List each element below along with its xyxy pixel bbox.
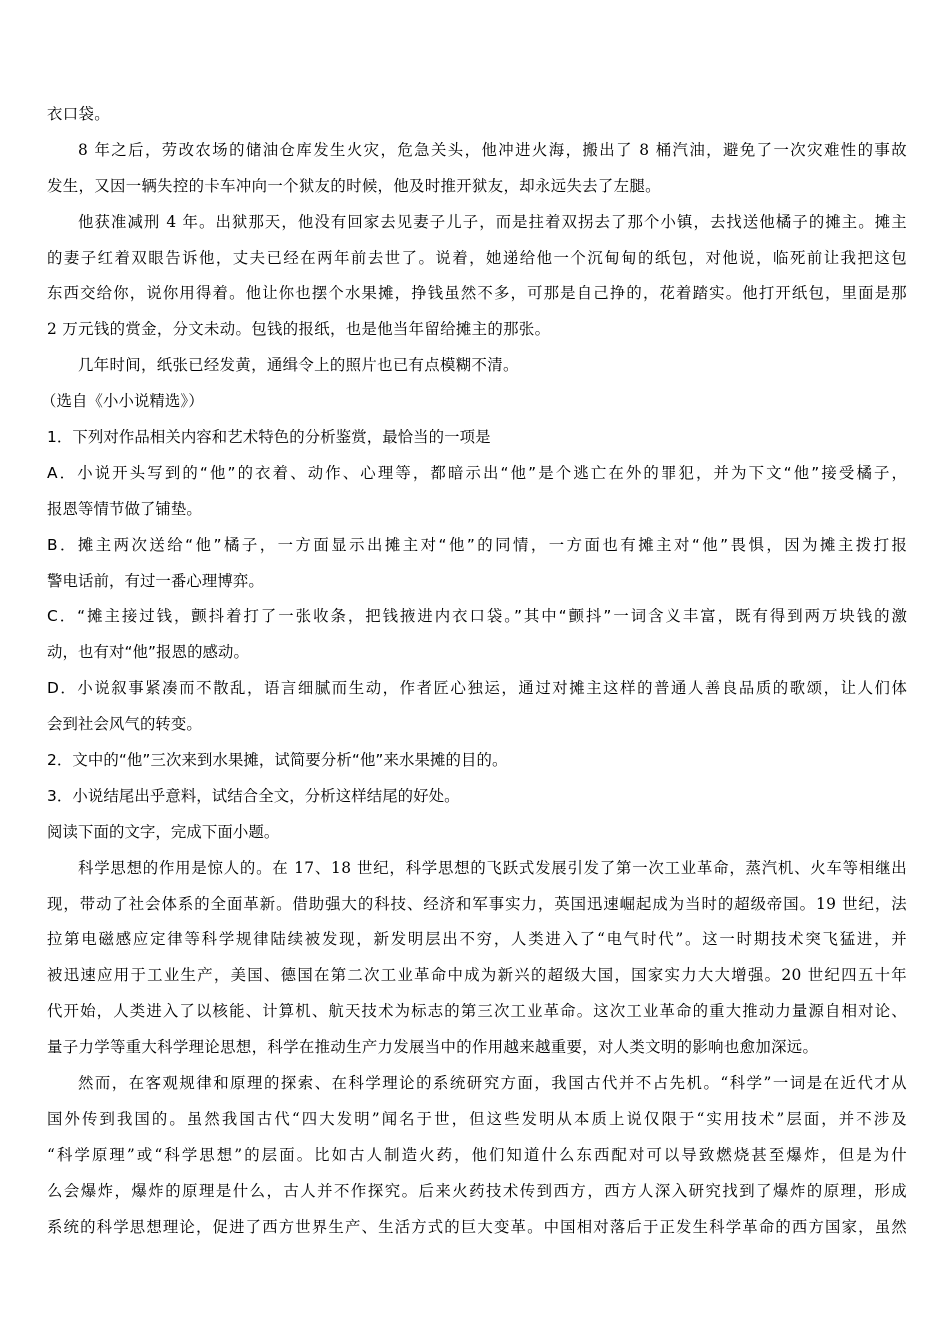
option-b: B．摊主两次送给“他”橘子，一方面显示出摊主对“他”的同情，一方面也有摊主对“他…	[47, 528, 907, 600]
essay-paragraph-2: 然而，在客观规律和原理的探索、在科学理论的系统研究方面，我国古代并不占先机。“科…	[47, 1066, 907, 1245]
text-line: 几年时间，纸张已经发黄，通缉令上的照片也已有点模糊不清。	[47, 348, 907, 384]
text-line: 2 万元钱的赏金，分文未动。包钱的报纸，也是他当年留给摊主的那张。	[47, 312, 907, 348]
text-line: 代开始，人类进入了以核能、计算机、航天技术为标志的第三次工业革命。这次工业革命的…	[47, 994, 907, 1030]
story-paragraph-release: 他获准减刑 4 年。出狱那天，他没有回家去见妻子儿子，而是拄着双拐去了那个小镇，…	[47, 205, 907, 349]
text-line: 科学思想的作用是惊人的。在 17、18 世纪，科学思想的飞跃式发展引发了第一次工…	[47, 851, 907, 887]
text-line: 衣口袋。	[47, 97, 907, 133]
text-line: 东西交给你，说你用得着。他让你也摆个水果摊，挣钱虽然不多，可那是自己挣的，花着踏…	[47, 276, 907, 312]
document-page: 衣口袋。 8 年之后，劳改农场的储油仓库发生火灾，危急关头，他冲进火海，搬出了 …	[47, 97, 907, 1246]
text-line: 系统的科学思想理论，促进了西方世界生产、生活方式的巨大变革。中国相对落后于正发生…	[47, 1210, 907, 1246]
option-line: D．小说叙事紧凑而不散乱，语言细腻而生动，作者匠心独运，通过对摊主这样的普通人善…	[47, 671, 907, 707]
text-line: “科学原理”或“科学思想”的层面。比如古人制造火药，他们知道什么东西配对可以导致…	[47, 1138, 907, 1174]
option-line: B．摊主两次送给“他”橘子，一方面显示出摊主对“他”的同情，一方面也有摊主对“他…	[47, 528, 907, 564]
text-line: 量子力学等重大科学理论思想，科学在推动生产力发展当中的作用越来越重要，对人类文明…	[47, 1030, 907, 1066]
option-line: C．“摊主接过钱，颤抖着打了一张收条，把钱掖进内衣口袋。”其中“颤抖”一词含义丰…	[47, 599, 907, 635]
text-line: 然而，在客观规律和原理的探索、在科学理论的系统研究方面，我国古代并不占先机。“科…	[47, 1066, 907, 1102]
option-line: 报恩等情节做了铺垫。	[47, 492, 907, 528]
option-c: C．“摊主接过钱，颤抖着打了一张收条，把钱掖进内衣口袋。”其中“颤抖”一词含义丰…	[47, 599, 907, 671]
text-line: 的妻子红着双眼告诉他，丈夫已经在两年前去世了。说着，她递给他一个沉甸甸的纸包，对…	[47, 241, 907, 277]
option-line: 会到社会风气的转变。	[47, 707, 907, 743]
story-paragraph-fire: 8 年之后，劳改农场的储油仓库发生火灾，危急关头，他冲进火海，搬出了 8 桶汽油…	[47, 133, 907, 205]
text-line: 拉第电磁感应定律等科学规律陆续被发现，新发明层出不穷，人类进入了“电气时代”。这…	[47, 922, 907, 958]
story-paragraph-continuation: 衣口袋。	[47, 97, 907, 133]
option-line: A．小说开头写到的“他”的衣着、动作、心理等，都暗示出“他”是个逃亡在外的罪犯，…	[47, 456, 907, 492]
text-line: 国外传到我国的。虽然我国古代“四大发明”闻名于世，但这些发明从本质上说仅限于“实…	[47, 1102, 907, 1138]
text-line: 现，带动了社会体系的全面革新。借助强大的科技、经济和军事实力，英国迅速崛起成为当…	[47, 887, 907, 923]
reading-instruction: 阅读下面的文字，完成下面小题。	[47, 815, 907, 851]
essay-paragraph-1: 科学思想的作用是惊人的。在 17、18 世纪，科学思想的飞跃式发展引发了第一次工…	[47, 851, 907, 1066]
question-stem: 1．下列对作品相关内容和艺术特色的分析鉴赏，最恰当的一项是	[47, 420, 907, 456]
question-2: 2．文中的“他”三次来到水果摊，试简要分析“他”来水果摊的目的。	[47, 743, 907, 779]
option-line: 警电话前，有过一番心理博弈。	[47, 564, 907, 600]
question-1: 1．下列对作品相关内容和艺术特色的分析鉴赏，最恰当的一项是 A．小说开头写到的“…	[47, 420, 907, 743]
option-line: 动，也有对“他”报恩的感动。	[47, 635, 907, 671]
option-d: D．小说叙事紧凑而不散乱，语言细腻而生动，作者匠心独运，通过对摊主这样的普通人善…	[47, 671, 907, 743]
source-citation: （选自《小小说精选》）	[41, 384, 907, 420]
text-line: 8 年之后，劳改农场的储油仓库发生火灾，危急关头，他冲进火海，搬出了 8 桶汽油…	[47, 133, 907, 169]
option-a: A．小说开头写到的“他”的衣着、动作、心理等，都暗示出“他”是个逃亡在外的罪犯，…	[47, 456, 907, 528]
question-3: 3．小说结尾出乎意料，试结合全文，分析这样结尾的好处。	[47, 779, 907, 815]
text-line: 发生，又因一辆失控的卡车冲向一个狱友的时候，他及时推开狱友，却永远失去了左腿。	[47, 169, 907, 205]
text-line: 他获准减刑 4 年。出狱那天，他没有回家去见妻子儿子，而是拄着双拐去了那个小镇，…	[47, 205, 907, 241]
story-paragraph-ending: 几年时间，纸张已经发黄，通缉令上的照片也已有点模糊不清。	[47, 348, 907, 384]
text-line: 么会爆炸，爆炸的原理是什么，古人并不作探究。后来火药技术传到西方，西方人深入研究…	[47, 1174, 907, 1210]
text-line: 被迅速应用于工业生产，美国、德国在第二次工业革命中成为新兴的超级大国，国家实力大…	[47, 958, 907, 994]
